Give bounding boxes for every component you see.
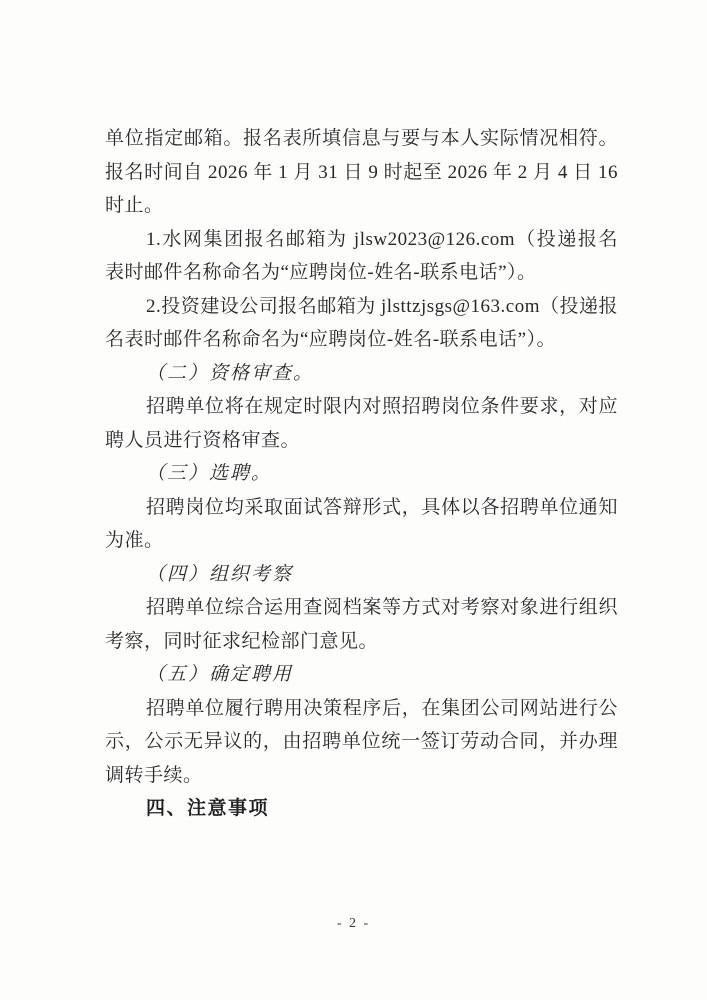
subheading-employment-confirmation: （五）确定聘用 (105, 658, 618, 692)
paragraph-shuiwang-group-email: 1.水网集团报名邮箱为 jlsw2023@126.com（投递报名表时邮件名称命… (105, 223, 618, 290)
paragraph-organizational-inspection-detail: 招聘单位综合运用查阅档案等方式对考察对象进行组织考察，同时征求纪检部门意见。 (105, 591, 618, 658)
subheading-selection: （三）选聘。 (105, 457, 618, 491)
paragraph-qualification-review-detail: 招聘单位将在规定时限内对照招聘岗位条件要求，对应聘人员进行资格审查。 (105, 390, 618, 457)
paragraph-selection-detail: 招聘岗位均采取面试答辩形式，具体以各招聘单位通知为准。 (105, 491, 618, 558)
heading-notes-section: 四、注意事项 (105, 792, 618, 826)
subheading-organizational-inspection: （四）组织考察 (105, 558, 618, 592)
paragraph-employment-confirmation-detail: 招聘单位履行聘用决策程序后，在集团公司网站进行公示，公示无异议的，由招聘单位统一… (105, 692, 618, 793)
page-number: - 2 - (0, 916, 707, 932)
paragraph-registration-deadline: 单位指定邮箱。报名表所填信息与要与本人实际情况相符。报名时间自 2026 年 1… (105, 122, 618, 223)
paragraph-investment-company-email: 2.投资建设公司报名邮箱为 jlsttzjsgs@163.com（投递报名表时邮… (105, 290, 618, 357)
subheading-qualification-review: （二）资格审查。 (105, 357, 618, 391)
document-body: 单位指定邮箱。报名表所填信息与要与本人实际情况相符。报名时间自 2026 年 1… (105, 122, 618, 826)
scanned-document-page: 单位指定邮箱。报名表所填信息与要与本人实际情况相符。报名时间自 2026 年 1… (0, 0, 707, 1000)
